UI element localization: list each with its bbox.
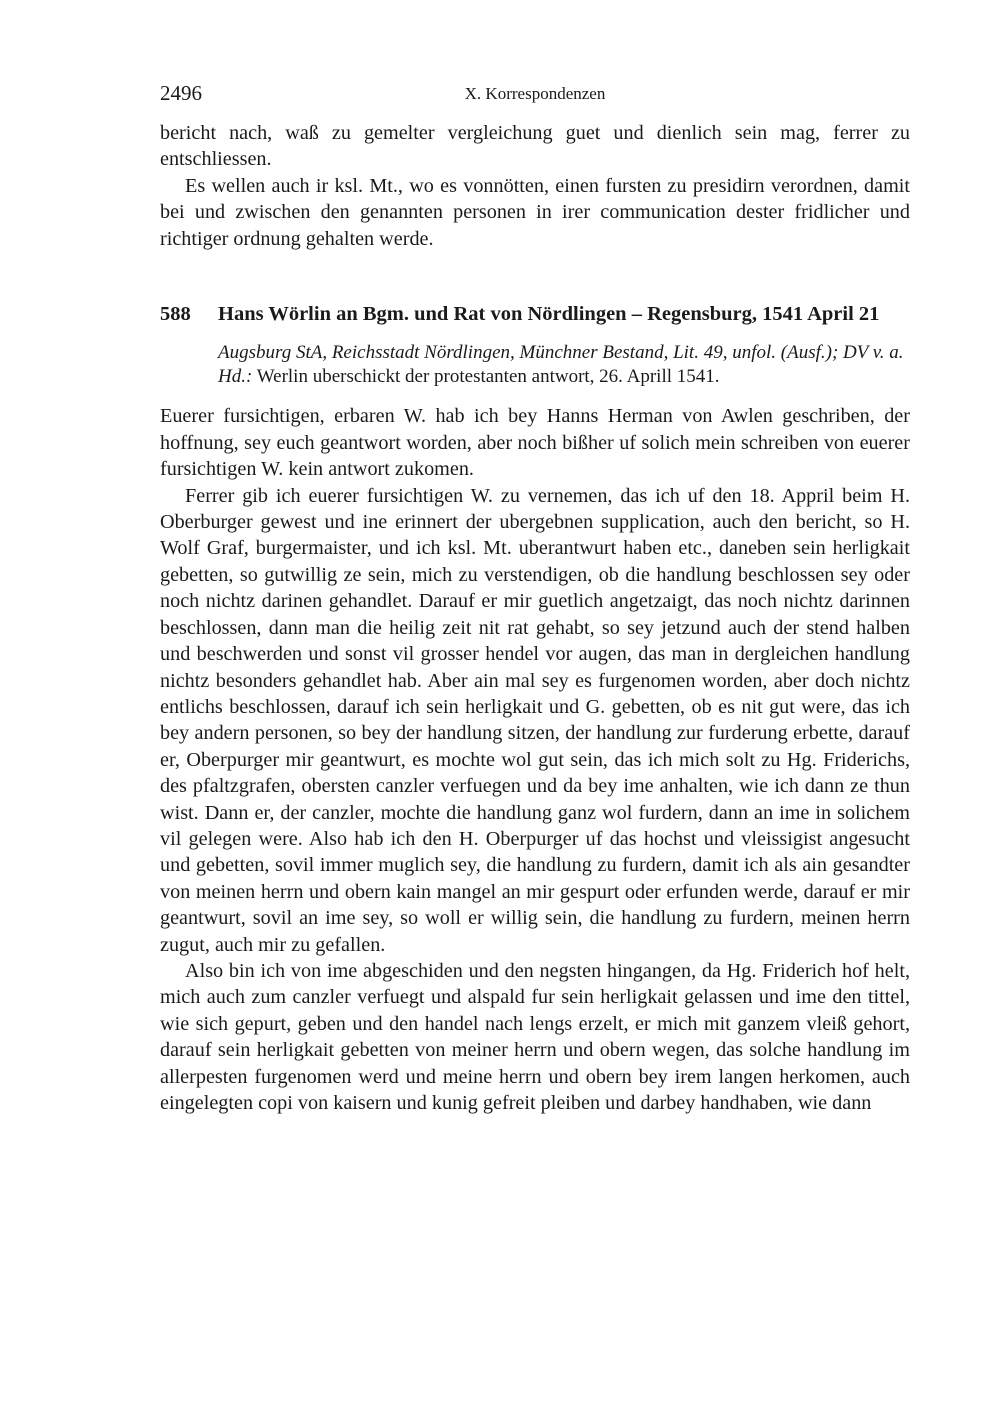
document-heading: 588 Hans Wörlin an Bgm. und Rat von Nörd… bbox=[160, 301, 910, 327]
letter-body: Euerer fursichtigen, erbaren W. hab ich … bbox=[160, 403, 910, 1116]
document-number: 588 bbox=[160, 301, 218, 327]
paragraph: Es wellen auch ir ksl. Mt., wo es vonnöt… bbox=[160, 173, 910, 252]
dorsal-note: Werlin uberschickt der protestanten antw… bbox=[252, 366, 719, 387]
document-page: 2496 X. Korrespondenzen bericht nach, wa… bbox=[160, 78, 910, 1116]
continued-text: bericht nach, waß zu gemelter vergleichu… bbox=[160, 120, 910, 252]
paragraph: Ferrer gib ich euerer fursichtigen W. zu… bbox=[160, 483, 910, 958]
paragraph: Euerer fursichtigen, erbaren W. hab ich … bbox=[160, 403, 910, 482]
paragraph: bericht nach, waß zu gemelter vergleichu… bbox=[160, 120, 910, 173]
source-note: Augsburg StA, Reichsstadt Nördlingen, Mü… bbox=[218, 341, 910, 389]
section-title: X. Korrespondenzen bbox=[160, 79, 910, 109]
running-head: 2496 X. Korrespondenzen bbox=[160, 78, 910, 108]
document-title: Hans Wörlin an Bgm. und Rat von Nördling… bbox=[218, 301, 910, 327]
paragraph: Also bin ich von ime abgeschiden und den… bbox=[160, 958, 910, 1116]
